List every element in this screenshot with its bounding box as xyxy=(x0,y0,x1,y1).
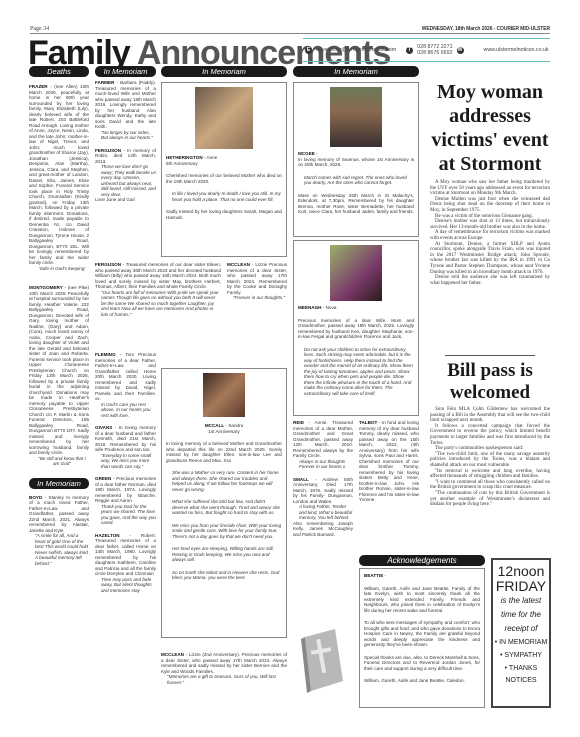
web-icon: W xyxy=(457,47,464,54)
memoriam-notice: GIVANS - In loving memory of a dear husb… xyxy=(95,425,156,453)
notice-signature: Sadly missed by her loving daughters Sar… xyxy=(166,209,282,220)
death-notice: MONTGOMERY - (nee Pike) 10th March 2026 … xyxy=(29,285,89,456)
page-number: Page 34 xyxy=(30,26,49,32)
portrait-photo xyxy=(330,245,382,301)
memoriam-notice: GREEN - Precious memories of a dear fath… xyxy=(95,476,156,504)
mcclean-long-notice: MCCLEAN - Lizzie (2nd Anniversary). Prec… xyxy=(161,652,287,685)
memoriam-column-2: FARMER - Barbara (Paddy). Treasured memo… xyxy=(95,80,156,203)
memoriam-notice: HAZELTON - Robert. Treasured memories of… xyxy=(95,533,156,577)
meenagh-notice: MEENAGH - Nova. Precious memories of a d… xyxy=(293,240,419,416)
memoriam-notice: BOYD - Stanley In memory of a much loved… xyxy=(29,495,89,534)
bible-icon xyxy=(297,625,347,695)
deaths-column: FRAZER - (nee Allen) 10th March 2026, pe… xyxy=(29,84,89,566)
memoriam-notice: FARMER - Barbara (Paddy). Treasured memo… xyxy=(95,80,156,130)
deadline-item: • THANKS xyxy=(493,662,549,675)
memoriam-notice: FERGUSON - In memory of Robin, died 14th… xyxy=(95,148,156,165)
portrait-photo xyxy=(203,373,245,417)
contact-bar: E advertising@tyronecourier.uk.com T 028… xyxy=(303,38,550,62)
deadline-time: 12noon xyxy=(493,564,549,579)
article-divider xyxy=(445,355,535,356)
news-article-bill: Bill pass is welcomed Sinn Féin MLA Colm… xyxy=(430,360,550,508)
section-header-deaths: Deaths xyxy=(29,66,89,77)
article-body: A Moy woman who saw her father being mur… xyxy=(430,180,550,286)
notice-verse: 'Safe in God's keeping' xyxy=(29,266,89,272)
mcclean-short-notice: MCCLEAN - Lizzie Precious memories of a … xyxy=(227,262,287,301)
memoriam-column-2b: FLEMING - Tom Precious memories of a dea… xyxy=(95,352,156,593)
deadline-text: time for the xyxy=(493,608,549,622)
headline: Moy woman addresses victims' event at St… xyxy=(430,80,550,176)
mcgee-notice: MCGEE - In loving memory of Seamus, whos… xyxy=(293,82,419,237)
notice-verse: Thank you Dad for the years we shared. T… xyxy=(95,504,156,526)
section-header-acknowledgements: Acknowledgements xyxy=(359,555,485,566)
deadline-item: NOTICES xyxy=(493,675,549,686)
notice-verse: Do not ask your children to strive for e… xyxy=(298,347,414,397)
email-link[interactable]: advertising@tyronecourier.uk.com xyxy=(316,47,396,53)
phone-icon: T xyxy=(406,47,413,54)
beattie-acknowledgement: BEATTIE - William, Gareth, Aoife and Jan… xyxy=(359,568,485,708)
notice-verse: Time may pass and fade away, But silent … xyxy=(95,577,156,594)
deadline-text: receipt of xyxy=(493,622,549,636)
news-article-moy: Moy woman addresses victims' event at St… xyxy=(430,80,550,286)
notice-verse: In God's care you rest above, In our hea… xyxy=(95,402,156,419)
notice-verse: "Forever in our thoughts." xyxy=(227,295,287,301)
notice-verse: "No longer by our sides, But always in o… xyxy=(95,130,156,141)
notice-verse: Those we love don't go away; They walk b… xyxy=(95,164,156,197)
section-header-in-memoriam-1: In Memoriam xyxy=(95,66,156,77)
deadline-item: • SYMPATHY xyxy=(493,649,549,662)
notice-verse: Always in our thoughts Forever in our he… xyxy=(293,459,353,470)
memoriam-notice: FLEMING - Tom Precious memories of a dea… xyxy=(95,352,156,402)
section-header-in-memoriam-3: In Memoriam xyxy=(293,66,419,77)
death-notice: FRAZER - (nee Allen) 10th March 2026, pe… xyxy=(29,84,89,266)
dateline: WEDNESDAY, 18th March 2026 - COURIER MID… xyxy=(422,26,550,32)
section-header-in-memoriam-2: In Memoriam xyxy=(161,66,287,77)
deadline-item: • IN MEMORIAM xyxy=(493,636,549,649)
portrait-photo xyxy=(330,87,382,147)
phone-2: 028 8676 6692 xyxy=(417,50,452,56)
notice-verse: A loving Father, Tender and kind, What a… xyxy=(293,504,353,521)
notice-verse: In life I loved you dearly In death I lo… xyxy=(166,191,282,202)
email-icon: E xyxy=(305,47,312,54)
notice-verse: "A smile for all, And a heart of gold On… xyxy=(29,533,89,566)
notice-verse: "Our hearts are full of memories With pr… xyxy=(95,290,221,318)
notice-verse: "Be still and know that I am God" xyxy=(29,456,89,467)
notice-verse: "Everyday in some small way, We miss you… xyxy=(95,453,156,470)
mccall-notice: MCCALL - Sandra 1st Anniversary In lovin… xyxy=(161,368,287,638)
talbot-notice: TALBOT - In fond and loving memory of my… xyxy=(359,420,419,503)
reid-small-column: REID - Annie. Treasured memories of a de… xyxy=(293,420,353,537)
notice-verse: "Memories are a gift to treasure, Ours o… xyxy=(161,674,287,685)
hetherington-notice: HETHERINGTON - Anne 6th Anniversary Cher… xyxy=(161,82,287,257)
memoriam-wide-notice: FERGUSON - Treasured memories of our dea… xyxy=(95,262,221,317)
notice-signature: Love June and Gail xyxy=(95,197,156,203)
section-header-in-memoriam-4: In Memoriam xyxy=(29,478,89,489)
notice-verse: March comes with sad regret. The ones wh… xyxy=(298,175,414,186)
portrait-photo xyxy=(195,87,253,149)
deadline-day: FRIDAY xyxy=(493,579,549,594)
article-body: Sinn Féin MLA Colm Gildernew has welcome… xyxy=(430,407,550,508)
website-link[interactable]: www.ulstermelnotices.co.uk xyxy=(484,47,549,53)
deadline-text: is the latest xyxy=(493,594,549,608)
headline: Bill pass is welcomed xyxy=(430,360,550,404)
deadline-notice-box: 12noon FRIDAY is the latest time for the… xyxy=(491,558,551,708)
